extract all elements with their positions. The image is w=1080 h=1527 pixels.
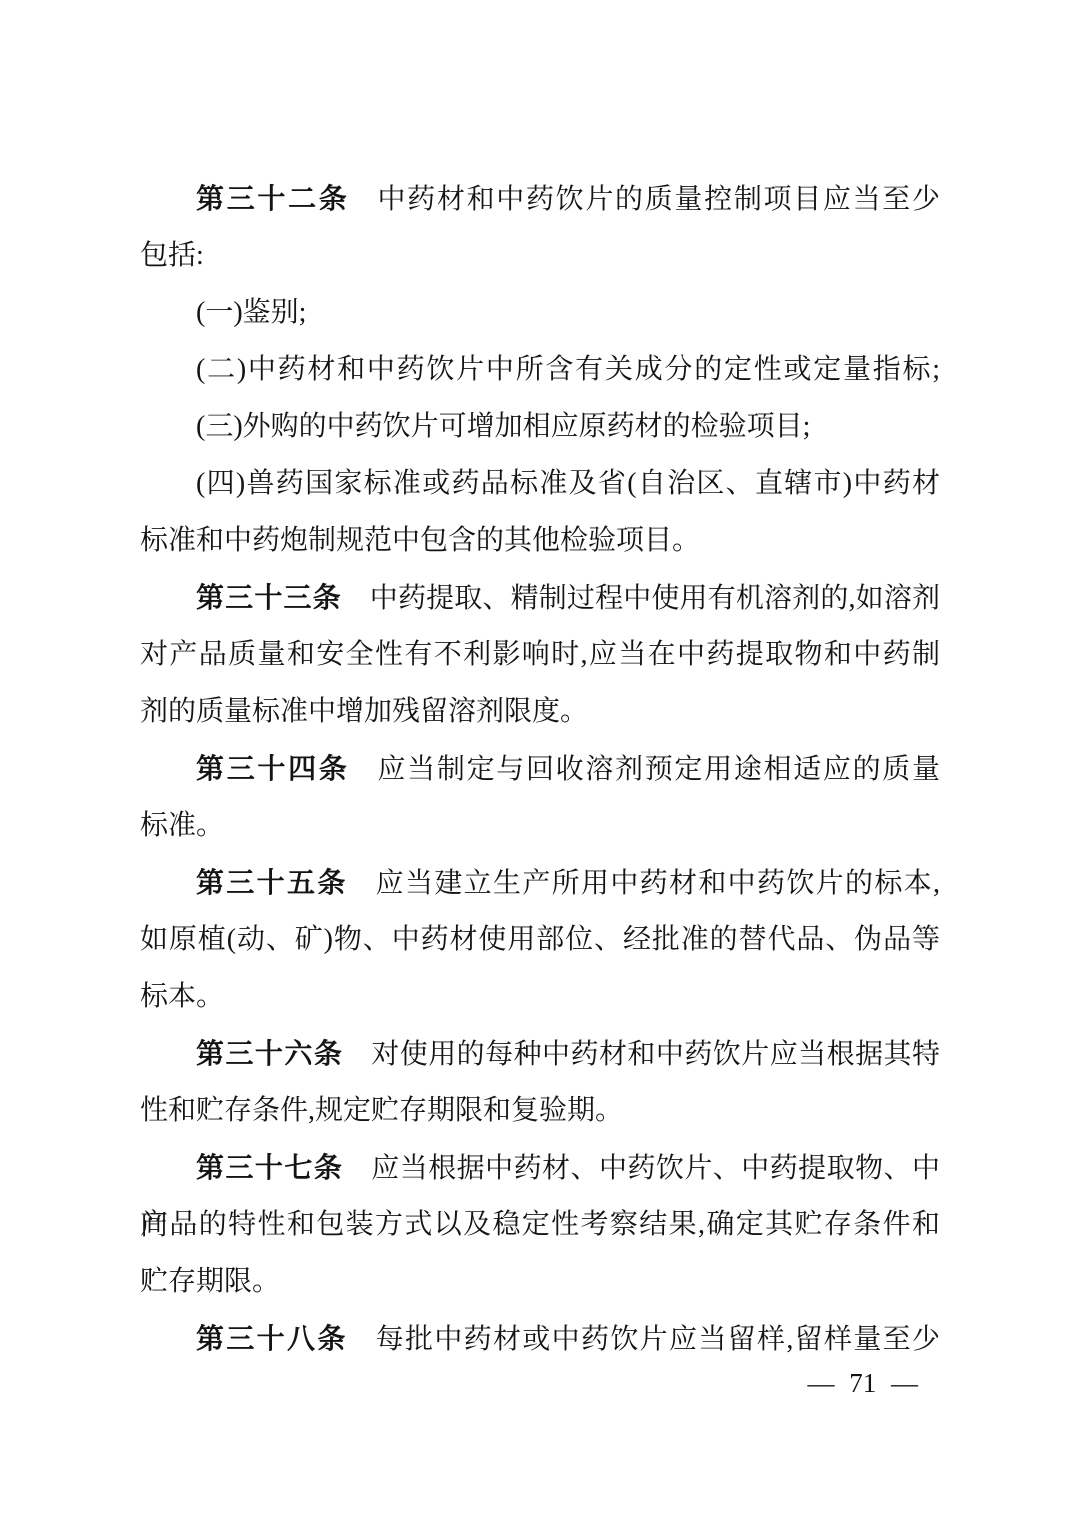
text-line: 第三十三条中药提取、精制过程中使用有机溶剂的,如溶剂: [140, 569, 940, 626]
text-line: 标准。: [140, 797, 940, 854]
text-line: 第三十四条应当制定与回收溶剂预定用途相适应的质量: [140, 740, 940, 797]
line-text: 中药提取、精制过程中使用有机溶剂的,如溶剂: [370, 583, 940, 614]
line-text: 应当建立生产所用中药材和中药饮片的标本,: [376, 868, 940, 899]
text-line: 包括:: [140, 227, 940, 284]
article-number: 第三十四条: [196, 753, 349, 784]
text-line: (三)外购的中药饮片可增加相应原药材的检验项目;: [140, 398, 940, 455]
line-text: 标本。: [140, 981, 224, 1012]
text-line: 剂的质量标准中增加残留溶剂限度。: [140, 683, 940, 740]
line-text: 贮存期限。: [140, 1266, 280, 1297]
document-page: 第三十二条中药材和中药饮片的质量控制项目应当至少 包括: (一)鉴别; (二)中…: [0, 0, 1080, 1527]
line-text: 对产品质量和安全性有不利影响时,应当在中药提取物和中药制: [140, 639, 940, 670]
document-body: 第三十二条中药材和中药饮片的质量控制项目应当至少 包括: (一)鉴别; (二)中…: [140, 170, 940, 1367]
text-line: 第三十二条中药材和中药饮片的质量控制项目应当至少: [140, 170, 940, 227]
page-number: — 71 —: [808, 1366, 919, 1400]
text-line: 标本。: [140, 968, 940, 1025]
text-line: 第三十七条应当根据中药材、中药饮片、中药提取物、中间: [140, 1139, 940, 1196]
article-number: 第三十六条: [196, 1038, 343, 1069]
text-line: 第三十五条应当建立生产所用中药材和中药饮片的标本,: [140, 854, 940, 911]
line-text: 包括:: [140, 240, 204, 271]
article-number: 第三十五条: [196, 867, 348, 898]
line-text: 每批中药材或中药饮片应当留样,留样量至少: [376, 1324, 940, 1355]
line-text: 中药材和中药饮片的质量控制项目应当至少: [377, 184, 940, 215]
article-number: 第三十八条: [196, 1323, 348, 1354]
article-number: 第三十七条: [196, 1152, 343, 1183]
line-text: (四)兽药国家标准或药品标准及省(自治区、直辖市)中药材: [196, 468, 940, 499]
line-text: (二)中药材和中药饮片中所含有关成分的定性或定量指标;: [196, 354, 940, 385]
line-text: (三)外购的中药饮片可增加相应原药材的检验项目;: [196, 411, 810, 442]
line-text: 应当制定与回收溶剂预定用途相适应的质量: [377, 754, 940, 785]
line-text: 标准和中药炮制规范中包含的其他检验项目。: [140, 525, 700, 556]
text-line: 性和贮存条件,规定贮存期限和复验期。: [140, 1082, 940, 1139]
text-line: 第三十六条对使用的每种中药材和中药饮片应当根据其特: [140, 1025, 940, 1082]
article-number: 第三十三条: [196, 582, 342, 613]
text-line: 贮存期限。: [140, 1253, 940, 1310]
line-text: 剂的质量标准中增加残留溶剂限度。: [140, 696, 588, 727]
text-line: 标准和中药炮制规范中包含的其他检验项目。: [140, 512, 940, 569]
text-line: 对产品质量和安全性有不利影响时,应当在中药提取物和中药制: [140, 626, 940, 683]
text-line: 如原植(动、矿)物、中药材使用部位、经批准的替代品、伪品等: [140, 911, 940, 968]
line-text: 标准。: [140, 810, 224, 841]
line-text: 如原植(动、矿)物、中药材使用部位、经批准的替代品、伪品等: [140, 924, 940, 955]
line-text: 性和贮存条件,规定贮存期限和复验期。: [140, 1095, 623, 1126]
text-line: (一)鉴别;: [140, 284, 940, 341]
line-text: 产品的特性和包装方式以及稳定性考察结果,确定其贮存条件和: [140, 1209, 940, 1240]
text-line: (二)中药材和中药饮片中所含有关成分的定性或定量指标;: [140, 341, 940, 398]
text-line: 第三十八条每批中药材或中药饮片应当留样,留样量至少: [140, 1310, 940, 1367]
text-line: (四)兽药国家标准或药品标准及省(自治区、直辖市)中药材: [140, 455, 940, 512]
text-line: 产品的特性和包装方式以及稳定性考察结果,确定其贮存条件和: [140, 1196, 940, 1253]
line-text: 对使用的每种中药材和中药饮片应当根据其特: [371, 1039, 940, 1070]
article-number: 第三十二条: [196, 183, 349, 214]
line-text: (一)鉴别;: [196, 297, 306, 328]
